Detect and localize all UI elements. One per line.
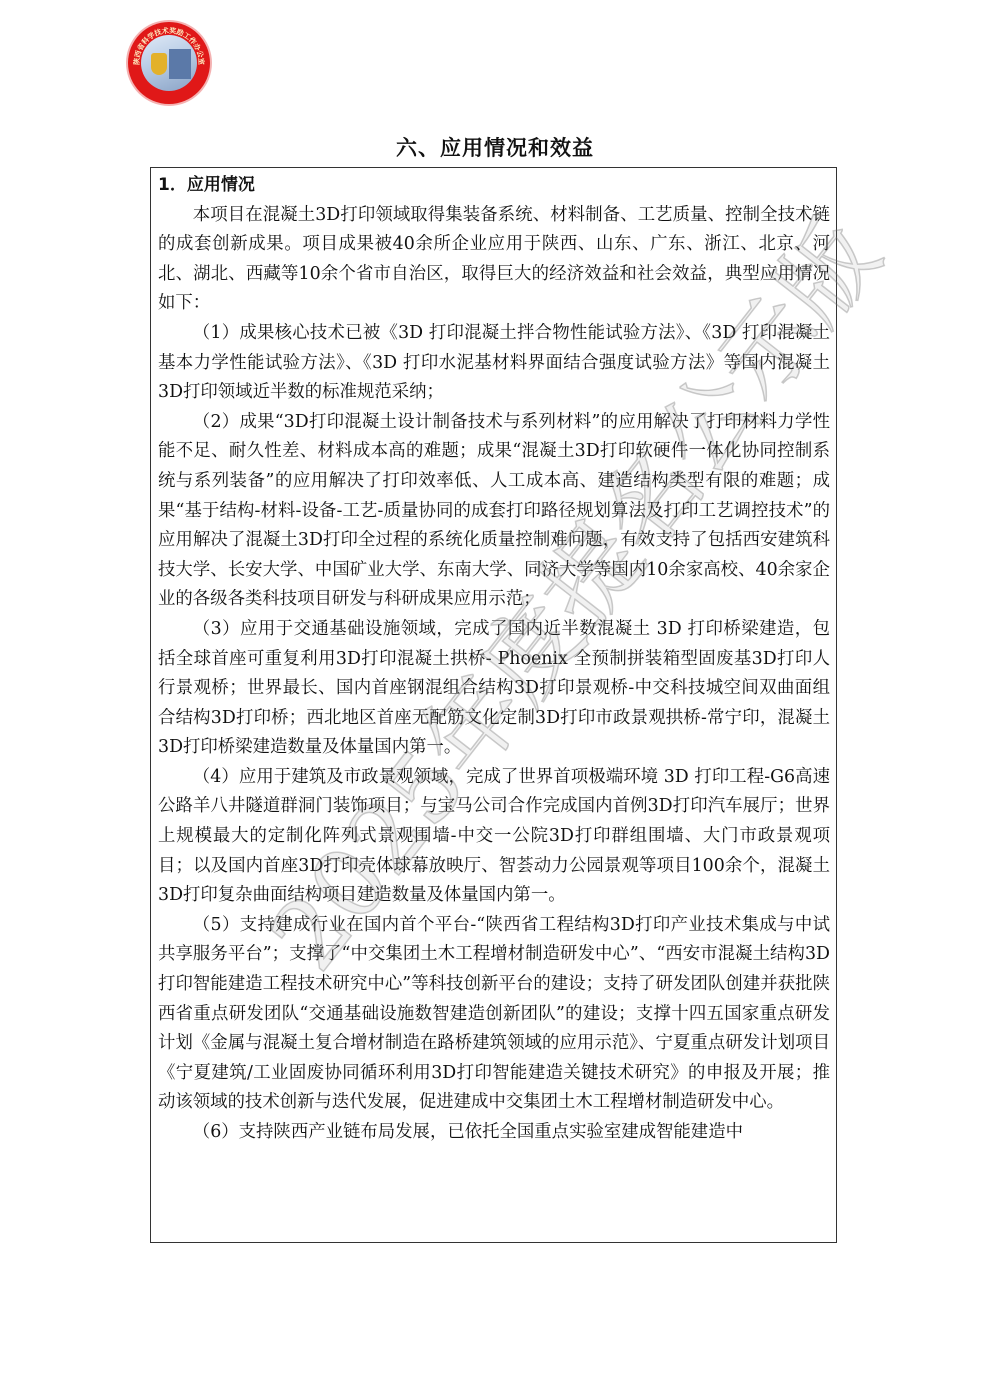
item-3-paragraph: （3）应用于交通基础设施领域，完成了国内近半数混凝土 3D 打印桥梁建造，包括全… xyxy=(158,615,830,763)
item-4-paragraph: （4）应用于建筑及市政景观领域，完成了世界首项极端环境 3D 打印工程-G6高速… xyxy=(158,763,830,911)
seal-ring-text: 陕西省科学技术奖励工作办公室 xyxy=(128,22,210,104)
item-1-paragraph: （1）成果核心技术已被《3D 打印混凝土拌合物性能试验方法》、《3D 打印混凝土… xyxy=(158,319,830,408)
application-section: 1．应用情况 本项目在混凝土3D打印领域取得集装备系统、材料制备、工艺质量、控制… xyxy=(158,171,830,1148)
intro-paragraph: 本项目在混凝土3D打印领域取得集装备系统、材料制备、工艺质量、控制全技术链的成套… xyxy=(158,201,830,319)
organization-seal-logo: 陕西省科学技术奖励工作办公室 xyxy=(128,22,210,104)
item-2-paragraph: （2）成果“3D打印混凝土设计制备技术与系列材料”的应用解决了打印材料力学性能不… xyxy=(158,408,830,615)
page-title: 六、应用情况和效益 xyxy=(0,132,990,162)
svg-text:陕西省科学技术奖励工作办公室: 陕西省科学技术奖励工作办公室 xyxy=(132,26,206,65)
item-6-paragraph: （6）支持陕西产业链布局发展，已依托全国重点实验室建成智能建造中 xyxy=(158,1118,830,1148)
item-5-paragraph: （5）支持建成行业在国内首个平台-“陕西省工程结构3D打印产业技术集成与中试共享… xyxy=(158,911,830,1118)
section-heading: 1．应用情况 xyxy=(158,171,830,201)
